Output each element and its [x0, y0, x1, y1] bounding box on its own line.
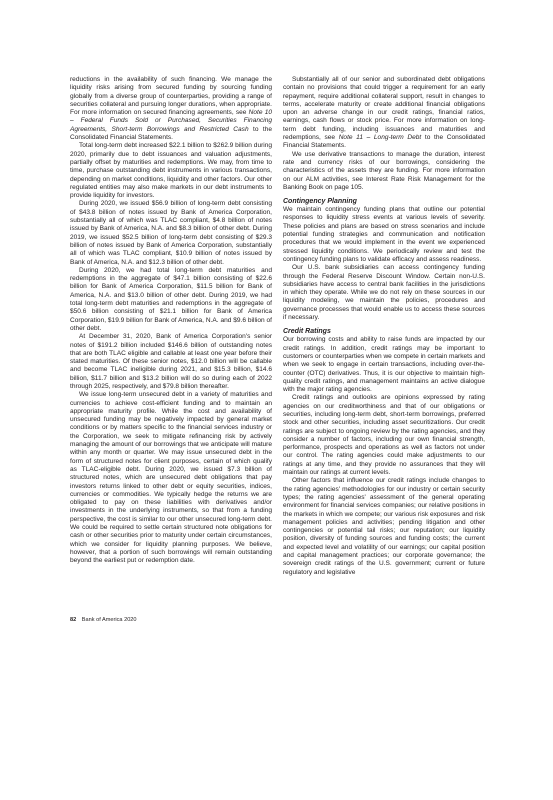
left-column: reductions in the availability of such f… — [70, 76, 272, 566]
paragraph: During 2020, we had total long-term debt… — [70, 267, 272, 333]
paragraph: Our U.S. bank subsidiaries can access co… — [283, 264, 485, 322]
paragraph: We use derivative transactions to manage… — [283, 151, 485, 192]
text-run: At December 31, 2020, Bank of America Co… — [70, 333, 272, 390]
text-run: Other factors that influence our credit … — [283, 477, 485, 575]
page-footer: 82 Bank of America 2020 — [70, 617, 137, 624]
paragraph: We maintain contingency funding plans th… — [283, 206, 485, 264]
text-run: We maintain contingency funding plans th… — [283, 206, 485, 263]
paragraph: reductions in the availability of such f… — [70, 76, 272, 142]
right-column: Substantially all of our senior and subo… — [283, 76, 485, 577]
text-run: reductions in the availability of such f… — [70, 76, 272, 116]
paragraph: Other factors that influence our credit … — [283, 477, 485, 577]
italic-reference: Note 11 – Long-term Debt — [339, 134, 422, 141]
text-run: We issue long-term unsecured debt in a v… — [70, 391, 272, 564]
paragraph: At December 31, 2020, Bank of America Co… — [70, 333, 272, 391]
text-run: During 2020, we had total long-term debt… — [70, 267, 272, 332]
text-run: Substantially all of our senior and subo… — [283, 76, 485, 141]
text-run: Our borrowing costs and ability to raise… — [283, 336, 485, 393]
page-number: 82 — [70, 617, 76, 623]
paragraph: Credit ratings and outlooks are opinions… — [283, 394, 485, 477]
paragraph: Total long-term debt increased $22.1 bil… — [70, 142, 272, 200]
paragraph: Substantially all of our senior and subo… — [283, 76, 485, 151]
section-heading: Credit Ratings — [283, 327, 485, 336]
text-run: We use derivative transactions to manage… — [283, 151, 485, 191]
text-run: During 2020, we issued $56.9 billion of … — [70, 200, 272, 265]
section-heading: Contingency Planning — [283, 197, 485, 206]
publication-title: Bank of America 2020 — [82, 617, 137, 623]
paragraph: Our borrowing costs and ability to raise… — [283, 336, 485, 394]
paragraph: During 2020, we issued $56.9 billion of … — [70, 200, 272, 266]
text-run: Total long-term debt increased $22.1 bil… — [70, 142, 272, 199]
text-run: Credit ratings and outlooks are opinions… — [283, 394, 485, 476]
text-run: Our U.S. bank subsidiaries can access co… — [283, 264, 485, 321]
paragraph: We issue long-term unsecured debt in a v… — [70, 391, 272, 565]
